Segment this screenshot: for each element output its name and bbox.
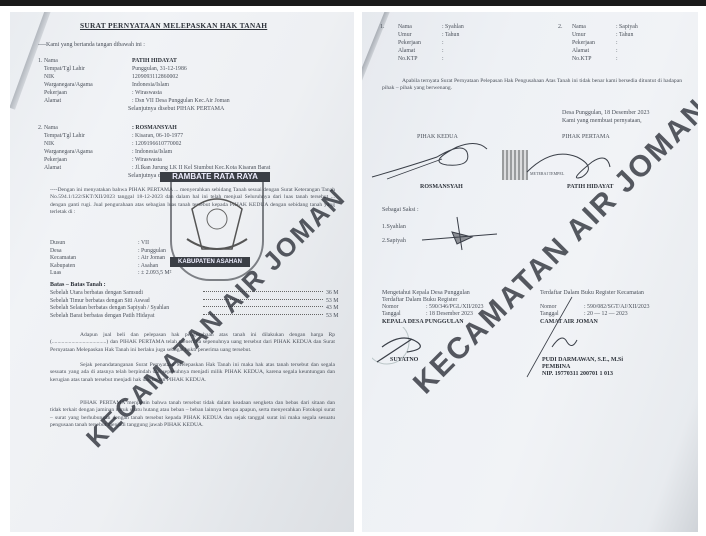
witness-list-item: 2.Sapiyah bbox=[382, 238, 406, 245]
field-value: : Wiraswasta bbox=[132, 157, 162, 165]
field-row: NIK: 1209196610770002 bbox=[44, 141, 181, 149]
field-label: NIK bbox=[44, 74, 132, 82]
field-label: Tempat/Tgl Lahir bbox=[44, 66, 132, 74]
place-date: Desa Punggulan, 18 Desember 2023 bbox=[562, 110, 649, 117]
boundary-text: Sebelah Utara berbatas dengan Samsudi bbox=[50, 290, 200, 298]
field-label: Kabupaten bbox=[50, 263, 138, 271]
field-value: : VII bbox=[138, 240, 149, 248]
top-dark-bar bbox=[0, 0, 706, 6]
field-row: Luas: ± 2.093,5 M² bbox=[50, 270, 171, 278]
field-row: Pekerjaan: bbox=[398, 40, 444, 48]
field-label: Umur bbox=[398, 32, 442, 40]
field-value: : Tahun bbox=[442, 32, 459, 40]
witness-list-item: 1.Syahlan bbox=[382, 224, 406, 231]
boundary-text: Sebelah Barat berbatas dengan Patih Hida… bbox=[50, 313, 200, 321]
document-title: SURAT PERNYATAAN MELEPASKAN HAK TANAH bbox=[80, 22, 267, 29]
field-row: Kabupaten: Asahan bbox=[50, 263, 158, 271]
field-value: : bbox=[442, 48, 444, 56]
field-value: Indonesia/Islam bbox=[132, 82, 169, 90]
field-label: Umur bbox=[572, 32, 616, 40]
field-row: Tanggal: 18 Desember 2023 bbox=[382, 311, 473, 319]
party1-note: Selanjutnya disebut PIHAK PERTAMA bbox=[128, 106, 224, 113]
field-row: NamaPATIH HIDAYAT bbox=[44, 58, 177, 66]
boundary-length: 53 M bbox=[326, 298, 338, 304]
field-label: Dusun bbox=[50, 240, 138, 248]
boundary-text: Sebelah Timur berbatas dengan Siti Aswad bbox=[50, 298, 200, 306]
field-label: Alamat bbox=[398, 48, 442, 56]
signature-patih-hidayat bbox=[522, 142, 612, 187]
field-row: Umur: Tahun bbox=[572, 32, 633, 40]
field-label: Nama bbox=[572, 24, 616, 32]
field-label: Alamat bbox=[44, 165, 132, 173]
field-value: : 20 — 12 — 2023 bbox=[584, 311, 628, 319]
boundary-row: Sebelah Utara berbatas dengan Samsudi36 … bbox=[50, 290, 338, 298]
field-row: Pekerjaan: Wiraswasta bbox=[44, 157, 162, 165]
field-row: Alamat: bbox=[398, 48, 444, 56]
field-label: Tempat/Tgl Lahir bbox=[44, 133, 132, 141]
party2-number: 2. bbox=[38, 125, 43, 132]
field-value: PATIH HIDAYAT bbox=[132, 58, 177, 66]
field-row: Tempat/Tgl LahirPunggulan, 31-12-1986 bbox=[44, 66, 187, 74]
field-value: : ROSMANSYAH bbox=[132, 125, 177, 133]
field-value: : Kisaran, 06-10-1977 bbox=[132, 133, 183, 141]
signature-rosmansyah bbox=[367, 137, 497, 182]
field-value: : Sapiyah bbox=[616, 24, 638, 32]
camat-rank: PEMBINA bbox=[542, 364, 570, 371]
field-label: Alamat bbox=[44, 98, 132, 106]
field-value: : Wiraswasta bbox=[132, 90, 162, 98]
field-value: : ± 2.093,5 M² bbox=[138, 270, 171, 278]
signature-witness bbox=[412, 212, 502, 252]
field-value: : Asahan bbox=[138, 263, 158, 271]
field-label: Alamat bbox=[572, 48, 616, 56]
field-label: Kecamatan bbox=[50, 255, 138, 263]
pihak-pertama-label: PIHAK PERTAMA bbox=[562, 134, 610, 141]
field-label: Nama bbox=[398, 24, 442, 32]
field-value: 1209093112860002 bbox=[132, 74, 178, 82]
field-row: Tempat/Tgl Lahir: Kisaran, 06-10-1977 bbox=[44, 133, 183, 141]
field-row: Desa: Punggulan bbox=[50, 248, 166, 256]
village-heading: Mengetahui Kepala Desa Punggulan bbox=[382, 290, 470, 297]
field-label: No.KTP bbox=[398, 56, 442, 64]
field-value: : Indonesia/Islam bbox=[132, 149, 172, 157]
document-page-left: SURAT PERNYATAAN MELEPASKAN HAK TANAH --… bbox=[10, 12, 354, 532]
field-row: Alamat: bbox=[572, 48, 618, 56]
boundary-length: 53 M bbox=[326, 313, 338, 319]
camat-nip: NIP. 19770311 200701 1 013 bbox=[542, 371, 613, 378]
pihak-kedua-name: ROSMANSYAH bbox=[420, 184, 463, 191]
field-row: Umur: Tahun bbox=[398, 32, 459, 40]
field-label: Nama bbox=[44, 58, 132, 66]
field-label: Nama bbox=[44, 125, 132, 133]
field-label: Pekerjaan bbox=[44, 157, 132, 165]
boundary-length: 43 M bbox=[326, 305, 338, 311]
field-label: Warganegara/Agama bbox=[44, 82, 132, 90]
camat-name: PUDI DARMAWAN, S.E., M.Si bbox=[542, 357, 623, 364]
field-row: No.KTP: bbox=[572, 56, 618, 64]
field-row: Nama: Sapiyah bbox=[572, 24, 638, 32]
field-value: : bbox=[442, 40, 444, 48]
field-label: Pekerjaan bbox=[44, 90, 132, 98]
boundary-length: 36 M bbox=[326, 290, 338, 296]
statement-paragraph: Apabila ternyata Surat Pernyataan Pelepa… bbox=[382, 78, 682, 93]
declaration-line: Kami yang membuat pernyataan, bbox=[562, 118, 642, 125]
field-row: NIK1209093112860002 bbox=[44, 74, 178, 82]
field-row: No.KTP: bbox=[398, 56, 444, 64]
field-value: : 1209196610770002 bbox=[132, 141, 181, 149]
field-row: Nama: ROSMANSYAH bbox=[44, 125, 177, 133]
village-registered: Terdaftar Dalam Buku Register bbox=[382, 297, 457, 304]
field-value: Punggulan, 31-12-1986 bbox=[132, 66, 187, 74]
field-row: Alamat: Dsn VII Desa Punggulan Kec.Air J… bbox=[44, 98, 230, 106]
field-value: : Syahlan bbox=[442, 24, 464, 32]
field-row: Warganegara/AgamaIndonesia/Islam bbox=[44, 82, 169, 90]
field-value: : Tahun bbox=[616, 32, 633, 40]
field-label: Luas bbox=[50, 270, 138, 278]
field-label: Tanggal bbox=[382, 311, 426, 319]
field-row: Warganegara/Agama: Indonesia/Islam bbox=[44, 149, 172, 157]
field-label: No.KTP bbox=[572, 56, 616, 64]
field-value: : Dsn VII Desa Punggulan Kec.Air Joman bbox=[132, 98, 230, 106]
field-row: Nama: Syahlan bbox=[398, 24, 464, 32]
party1-number: 1. bbox=[38, 58, 43, 65]
field-row: Kecamatan: Air Joman bbox=[50, 255, 165, 263]
paragraph-transfer: Sejak penandatanganan Surat Pernyataan M… bbox=[50, 362, 335, 384]
boundary-row: Sebelah Selatan berbatas dengan Sapiyah … bbox=[50, 305, 338, 313]
field-value: : bbox=[616, 40, 618, 48]
field-value: : bbox=[616, 56, 618, 64]
field-value: : Punggulan bbox=[138, 248, 166, 256]
boundary-text: Sebelah Selatan berbatas dengan Sapiyah … bbox=[50, 305, 200, 313]
boundary-row: Sebelah Timur berbatas dengan Siti Aswad… bbox=[50, 298, 338, 306]
field-label: NIK bbox=[44, 141, 132, 149]
field-label: Desa bbox=[50, 248, 138, 256]
field-row: Pekerjaan: bbox=[572, 40, 618, 48]
field-label: Pekerjaan bbox=[398, 40, 442, 48]
emblem-banner-top: RAMBATE RATA RAYA bbox=[160, 172, 270, 182]
field-value: : Air Joman bbox=[138, 255, 165, 263]
village-head-name: SUYATNO bbox=[390, 357, 418, 364]
document-page-right: 1. Nama: SyahlanUmur: TahunPekerjaan:Ala… bbox=[362, 12, 698, 532]
witness1-number: 1. bbox=[380, 24, 385, 31]
witness2-number: 2. bbox=[558, 24, 563, 31]
intro-text: ----Kami yang bertanda tangan dibawah in… bbox=[38, 42, 145, 49]
boundaries-title: Batas – Batas Tanah : bbox=[50, 282, 106, 289]
emblem-banner-bottom: KABUPATEN ASAHAN bbox=[170, 257, 250, 267]
field-row: Pekerjaan: Wiraswasta bbox=[44, 90, 162, 98]
village-head-title: KEPALA DESA PUNGGULAN bbox=[382, 319, 464, 326]
field-row: Dusun: VII bbox=[50, 240, 149, 248]
field-value: : bbox=[616, 48, 618, 56]
field-label: Warganegara/Agama bbox=[44, 149, 132, 157]
field-value: : bbox=[442, 56, 444, 64]
field-label: Pekerjaan bbox=[572, 40, 616, 48]
